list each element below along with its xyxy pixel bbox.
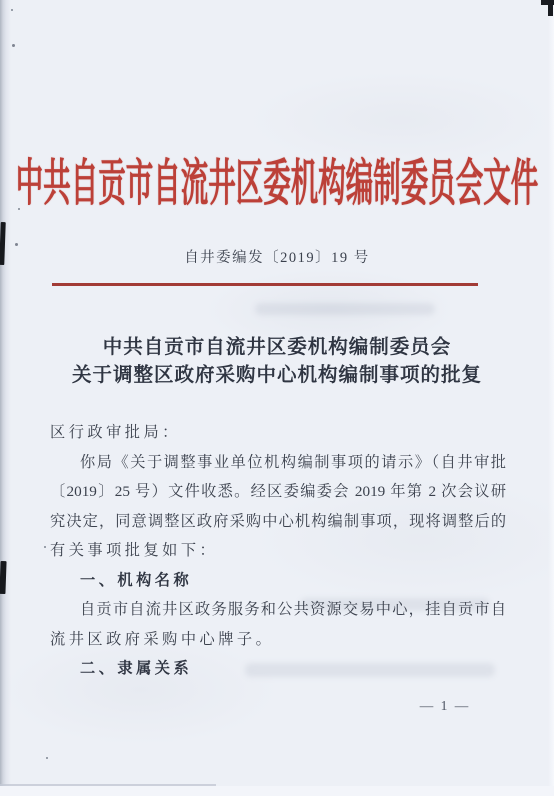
body-line: 究决定，同意调整区政府采购中心机构编制事项，现将调整后的 [50,507,506,537]
scan-speckle [11,9,13,11]
header-divider-rule [52,283,478,286]
body-line: 自贡市自流井区政务服务和公共资源交易中心，挂自贡市自 [50,595,506,625]
scan-corner-mark [548,3,553,16]
page-right-edge [548,0,554,796]
bleed-through-smudge [255,303,435,315]
scan-speckle [44,546,46,548]
body-line: 流井区政府采购中心牌子。 [50,625,506,655]
scan-speckle [46,757,48,759]
body-line: 一、机构名称 [50,566,506,596]
letterhead-banner: 中共自贡市自流井区委机构编制委员会文件 [0,146,554,210]
document-body: 区行政审批局：你局《关于调整事业单位机构编制事项的请示》（自井审批〔2019〕2… [50,418,506,684]
document-title-line-1: 中共自贡市自流井区委机构编制委员会 [0,334,554,362]
document-title-line-2: 关于调整区政府采购中心机构编制事项的批复 [0,362,554,390]
page-bottom-strip [0,786,554,796]
body-line: 区行政审批局： [50,418,506,448]
document-number: 自井委编发〔2019〕19 号 [0,246,554,267]
body-line: 二、隶属关系 [50,654,506,684]
body-line: 有关事项批复如下： [50,536,506,566]
document-title: 中共自贡市自流井区委机构编制委员会 关于调整区政府采购中心机构编制事项的批复 [0,334,554,390]
body-line: 〔2019〕25 号）文件收悉。经区委编委会 2019 年第 2 次会议研 [50,477,506,507]
binding-mark [0,561,7,594]
body-line: 你局《关于调整事业单位机构编制事项的请示》（自井审批 [50,448,506,478]
page-number: — 1 — [402,698,488,714]
scanned-document-page: 中共自贡市自流井区委机构编制委员会文件 自井委编发〔2019〕19 号 中共自贡… [0,0,554,796]
scan-speckle [12,44,15,47]
letterhead-banner-text: 中共自贡市自流井区委机构编制委员会文件 [16,142,539,215]
page-left-edge-shadow [0,0,11,796]
